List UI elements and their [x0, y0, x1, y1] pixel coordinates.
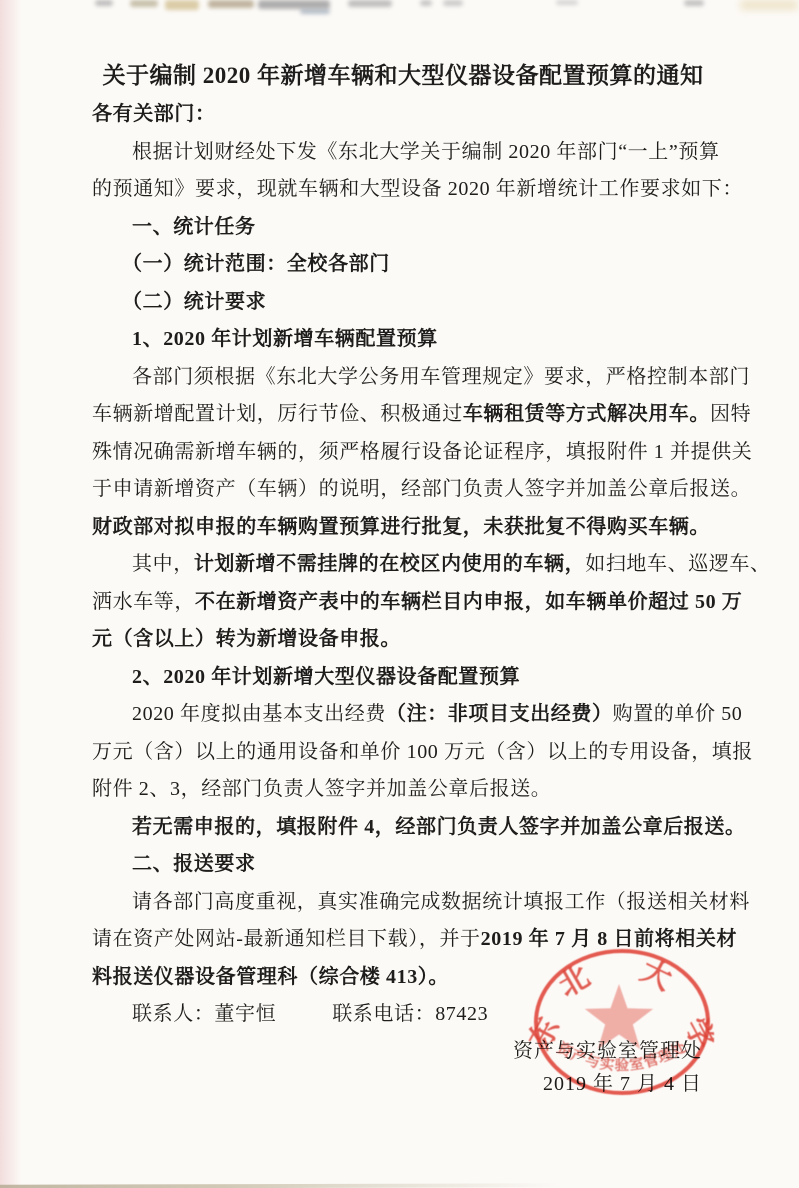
scan-artifact	[556, 0, 578, 5]
scan-artifact	[208, 0, 254, 8]
signature-department: 资产与实验室管理处	[92, 1036, 702, 1066]
doc-text-segment: 二、报送要求	[132, 853, 256, 875]
doc-text-segment: （二）统计要求	[122, 291, 266, 313]
doc-line: 各有关部门：	[92, 96, 714, 134]
doc-text-segment: 如扫地车、巡逻车、	[585, 553, 770, 575]
scan-artifact	[300, 9, 330, 14]
doc-line: 于申请新增资产（车辆）的说明，经部门负责人签字并加盖公章后报送。	[92, 471, 714, 509]
doc-line: 二、报送要求	[92, 846, 714, 884]
doc-text-segment: 其中，	[132, 553, 194, 575]
doc-text-segment: （一）统计范围：全校各部门	[122, 253, 390, 275]
scan-artifact	[443, 0, 463, 6]
doc-line: 殊情况确需新增车辆的，须严格履行设备论证程序，填报附件 1 并提供关	[92, 434, 714, 472]
doc-text-segment: 车辆新增配置计划，厉行节俭、积极通过	[92, 403, 463, 425]
doc-text-segment: 料报送仪器设备管理科（综合楼 413）。	[92, 966, 449, 988]
doc-line: 2、2020 年计划新增大型仪器设备配置预算	[92, 659, 714, 697]
doc-text-segment: 联系人：董宇恒	[132, 1003, 276, 1025]
doc-text-segment: 一、统计任务	[132, 216, 256, 238]
scan-artifact	[420, 0, 432, 6]
scanned-notice-page: 关于编制 2020 年新增车辆和大型仪器设备配置预算的通知 各有关部门：根据计划…	[0, 0, 799, 1188]
doc-text-segment: 根据计划财经处下发《东北大学关于编制 2020 年部门“一上”预算	[132, 141, 720, 163]
signature-block: 资产与实验室管理处 2019 年 7 月 4 日	[92, 1036, 714, 1102]
doc-text-segment: 于申请新增资产（车辆）的说明，经部门负责人签字并加盖公章后报送。	[92, 478, 751, 500]
scan-edge-shadow-left	[0, 0, 22, 1188]
scan-artifact	[95, 0, 113, 6]
doc-line: 车辆新增配置计划，厉行节俭、积极通过车辆租赁等方式解决用车。因特	[92, 396, 714, 434]
doc-line: 若无需申报的，填报附件 4，经部门负责人签字并加盖公章后报送。	[92, 809, 714, 847]
doc-line: 根据计划财经处下发《东北大学关于编制 2020 年部门“一上”预算	[92, 134, 714, 172]
doc-text-segment: 洒水车等，	[92, 591, 195, 613]
document-body: 各有关部门：根据计划财经处下发《东北大学关于编制 2020 年部门“一上”预算的…	[92, 96, 714, 1034]
doc-text-segment: 计划新增不需挂牌的在校区内使用的车辆，	[194, 553, 585, 575]
doc-line: （二）统计要求	[92, 284, 714, 322]
doc-line: 元（含以上）转为新增设备申报。	[92, 621, 714, 659]
doc-text-segment: 附件 2、3，经部门负责人签字并加盖公章后报送。	[92, 778, 551, 800]
doc-line: 请各部门高度重视，真实准确完成数据统计填报工作（报送相关材料	[92, 884, 714, 922]
doc-text-segment: 各有关部门：	[92, 103, 216, 125]
doc-line: 请在资产处网站-最新通知栏目下载），并于2019 年 7 月 8 日前将相关材	[92, 921, 714, 959]
doc-text-segment: 购置的单价 50	[613, 703, 743, 725]
doc-line: 料报送仪器设备管理科（综合楼 413）。	[92, 959, 714, 997]
scan-artifact	[258, 0, 330, 9]
doc-text-segment: 请在资产处网站-最新通知栏目下载），并于	[92, 928, 481, 950]
doc-text-segment: 车辆租赁等方式解决用车。	[463, 403, 710, 425]
doc-text-segment: 不在新增资产表中的车辆栏目内申报，如车辆单价超过 50 万	[195, 591, 742, 613]
doc-text-segment: 2020 年度拟由基本支出经费	[132, 703, 386, 725]
doc-line: 联系人：董宇恒联系电话：87423	[92, 996, 714, 1034]
doc-line: 其中，计划新增不需挂牌的在校区内使用的车辆，如扫地车、巡逻车、	[92, 546, 714, 584]
doc-text-segment: 万元（含）以上的通用设备和单价 100 万元（含）以上的专用设备，填报	[92, 741, 753, 763]
doc-line: （一）统计范围：全校各部门	[92, 246, 714, 284]
doc-text-segment: 殊情况确需新增车辆的，须严格履行设备论证程序，填报附件 1 并提供关	[92, 441, 752, 463]
doc-text-segment: （注：非项目支出经费）	[386, 703, 613, 725]
doc-text-segment: 的预通知》要求，现就车辆和大型设备 2020 年新增统计工作要求如下：	[92, 178, 743, 200]
scan-artifact	[684, 0, 704, 6]
document-title: 关于编制 2020 年新增车辆和大型仪器设备配置预算的通知	[92, 56, 714, 96]
doc-line: 财政部对拟申报的车辆购置预算进行批复，未获批复不得购买车辆。	[92, 509, 714, 547]
doc-text-segment: 财政部对拟申报的车辆购置预算进行批复，未获批复不得购买车辆。	[92, 516, 710, 538]
doc-line: 一、统计任务	[92, 209, 714, 247]
doc-text-segment: 元（含以上）转为新增设备申报。	[92, 628, 401, 650]
doc-line: 各部门须根据《东北大学公务用车管理规定》要求，严格控制本部门	[92, 359, 714, 397]
doc-text-segment: 2、2020 年计划新增大型仪器设备配置预算	[132, 666, 520, 688]
doc-text-segment: 各部门须根据《东北大学公务用车管理规定》要求，严格控制本部门	[132, 366, 750, 388]
doc-line: 2020 年度拟由基本支出经费（注：非项目支出经费）购置的单价 50	[92, 696, 714, 734]
doc-text-segment: 2019 年 7 月 8 日前将相关材	[481, 928, 737, 950]
doc-line: 万元（含）以上的通用设备和单价 100 万元（含）以上的专用设备，填报	[92, 734, 714, 772]
doc-text-segment: 若无需申报的，填报附件 4，经部门负责人签字并加盖公章后报送。	[132, 816, 746, 838]
doc-text-segment: 1、2020 年计划新增车辆配置预算	[132, 328, 438, 350]
signature-date: 2019 年 7 月 4 日	[92, 1066, 702, 1102]
scan-artifact	[165, 0, 199, 10]
doc-line: 附件 2、3，经部门负责人签字并加盖公章后报送。	[92, 771, 714, 809]
scan-artifact	[348, 0, 392, 7]
doc-line: 1、2020 年计划新增车辆配置预算	[92, 321, 714, 359]
scan-artifact	[740, 0, 798, 10]
doc-text-segment: 请各部门高度重视，真实准确完成数据统计填报工作（报送相关材料	[132, 891, 750, 913]
doc-line: 洒水车等，不在新增资产表中的车辆栏目内申报，如车辆单价超过 50 万	[92, 584, 714, 622]
doc-text-segment: 因特	[710, 403, 751, 425]
doc-line: 的预通知》要求，现就车辆和大型设备 2020 年新增统计工作要求如下：	[92, 171, 714, 209]
scan-artifact	[130, 0, 158, 7]
doc-text-segment: 联系电话：87423	[332, 1003, 488, 1025]
document-content: 关于编制 2020 年新增车辆和大型仪器设备配置预算的通知 各有关部门：根据计划…	[92, 56, 714, 1102]
scan-edge-shadow-bottom	[0, 1183, 560, 1188]
